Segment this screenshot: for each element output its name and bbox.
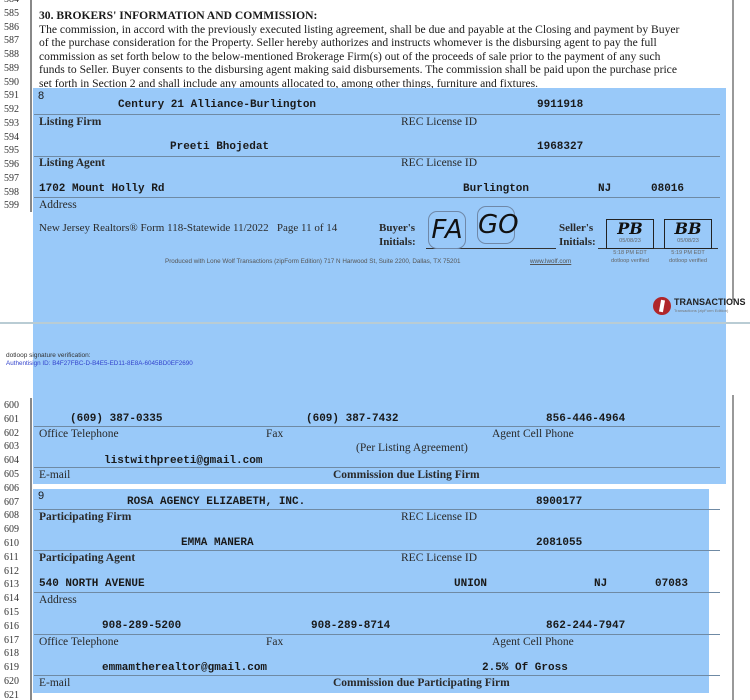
rec-license-label: REC License ID	[401, 116, 477, 128]
participating-agent-value[interactable]: EMMA MANERA	[181, 537, 254, 549]
line-number: 604	[4, 455, 26, 466]
line-number: 614	[4, 593, 26, 604]
rule	[34, 550, 720, 551]
participating-street-value[interactable]: 540 NORTH AVENUE	[39, 578, 145, 590]
fax-label: Fax	[266, 428, 283, 440]
seller-initial-text: BB	[665, 220, 711, 238]
form-info: New Jersey Realtors® Form 118-Statewide …	[39, 222, 337, 234]
auth-prefix: Authentisign	[6, 360, 41, 367]
seller-initial-time: 5:18 PM EDT	[606, 250, 654, 256]
auth-id: ID: B4F27FBC-D-B4E5-ED11-8E8A-6045BD0EF2…	[42, 360, 192, 367]
buyer-initial-fa[interactable]: FA	[428, 211, 466, 249]
agent-cell-label: Agent Cell Phone	[492, 428, 574, 440]
line-number: 594	[4, 132, 26, 143]
commission-participating-label: Commission due Participating Firm	[333, 677, 510, 689]
email-label: E-mail	[39, 677, 70, 689]
line-number: 610	[4, 538, 26, 549]
participating-zip-value[interactable]: 07083	[655, 578, 688, 590]
line-number: 588	[4, 49, 26, 60]
listing-street-value[interactable]: 1702 Mount Holly Rd	[39, 183, 164, 195]
participating-fax-value[interactable]: 908-289-8714	[311, 620, 390, 632]
line-number: 611	[4, 552, 26, 563]
line-number: 620	[4, 676, 26, 687]
listing-agent-license-value[interactable]: 1968327	[537, 141, 583, 153]
section-line: The commission, in accord with the previ…	[39, 23, 719, 37]
line-number: 591	[4, 90, 26, 101]
website-link[interactable]: www.lwolf.com	[530, 258, 571, 265]
listing-firm-license-value[interactable]: 9911918	[537, 99, 583, 111]
line-number: 621	[4, 690, 26, 700]
participating-firm-value[interactable]: ROSA AGENCY ELIZABETH, INC.	[127, 496, 305, 508]
line-number: 586	[4, 22, 26, 33]
section-line: commission as set forth below to the bel…	[39, 50, 719, 64]
line-number: 598	[4, 187, 26, 198]
listing-zip-value[interactable]: 08016	[651, 183, 684, 195]
rule	[34, 197, 720, 198]
commission-listing-label: Commission due Listing Firm	[333, 469, 480, 481]
line-number: 605	[4, 469, 26, 480]
transactions-logo-text: TRANSACTIONS	[674, 297, 746, 307]
rule	[34, 426, 720, 427]
line-number: 616	[4, 621, 26, 632]
sellers-initials-label-1: Seller's	[559, 222, 593, 234]
line-number: 584	[4, 0, 26, 5]
participating-city-value[interactable]: UNION	[454, 578, 487, 590]
page-margin-bar-bottom	[30, 398, 32, 700]
participating-email-value[interactable]: emmamtherealtor@gmail.com	[102, 662, 267, 674]
line-number: 617	[4, 635, 26, 646]
line-number: 618	[4, 648, 26, 659]
listing-cell-value[interactable]: 856-446-4964	[546, 413, 625, 425]
line-number: 600	[4, 400, 26, 411]
email-label: E-mail	[39, 469, 70, 481]
rule	[34, 634, 720, 635]
line-number: 596	[4, 159, 26, 170]
fax-label: Fax	[266, 636, 283, 648]
page-break-divider	[0, 322, 750, 324]
seller-initial-text: PB	[607, 220, 653, 238]
rec-license-label: REC License ID	[401, 511, 477, 523]
rule	[34, 592, 720, 593]
address-label: Address	[39, 594, 77, 606]
line-number: 615	[4, 607, 26, 618]
page-margin-bar-top	[30, 0, 32, 212]
agent-cell-label: Agent Cell Phone	[492, 636, 574, 648]
section-30-text: 30. BROKERS' INFORMATION AND COMMISSION:…	[39, 9, 719, 91]
line-number: 619	[4, 662, 26, 673]
listing-firm-label: Listing Firm	[39, 116, 101, 128]
seller-initial-time: 5:19 PM EDT	[664, 250, 712, 256]
address-label: Address	[39, 199, 77, 211]
line-number: 609	[4, 524, 26, 535]
line-number: 585	[4, 8, 26, 19]
rule	[34, 467, 720, 468]
page-right-edge-top	[732, 0, 734, 300]
listing-fax-value[interactable]: (609) 387-7432	[306, 413, 398, 425]
line-number: 595	[4, 145, 26, 156]
line-number: 608	[4, 510, 26, 521]
page-right-edge-bottom	[732, 395, 734, 700]
participating-firm-label: Participating Firm	[39, 511, 131, 523]
line-number: 587	[4, 35, 26, 46]
listing-firm-value[interactable]: Century 21 Alliance-Burlington	[118, 99, 316, 111]
buyer-initial-go[interactable]: GO	[477, 206, 515, 244]
line-number: 590	[4, 77, 26, 88]
line-number: 599	[4, 200, 26, 211]
line-number: 602	[4, 428, 26, 439]
buyer-initial-text: GO	[478, 210, 519, 240]
listing-commission-value[interactable]: (Per Listing Agreement)	[356, 442, 468, 454]
produced-with-text: Produced with Lone Wolf Transactions (zi…	[165, 258, 461, 265]
sellers-initials-label-2: Initials:	[559, 236, 596, 248]
line-number: 601	[4, 414, 26, 425]
line-number: 607	[4, 497, 26, 508]
office-telephone-label: Office Telephone	[39, 636, 119, 648]
line-number: 593	[4, 118, 26, 129]
listing-city-value[interactable]: Burlington	[463, 183, 529, 195]
seller-initial-verified: dotloop verified	[600, 258, 660, 264]
participating-commission-value[interactable]: 2.5% Of Gross	[482, 662, 568, 674]
rule	[34, 156, 720, 157]
buyer-initial-text: FA	[431, 215, 462, 245]
rule	[34, 114, 720, 115]
line-number: 612	[4, 566, 26, 577]
listing-email-value[interactable]: listwithpreeti@gmail.com	[104, 455, 262, 467]
rec-license-label: REC License ID	[401, 157, 477, 169]
listing-field-number: 8	[38, 90, 44, 102]
participating-field-number: 9	[38, 490, 44, 502]
participating-state-value[interactable]: NJ	[594, 578, 607, 590]
verification-title: dotloop signature verification:	[6, 352, 91, 359]
participating-agent-license-value[interactable]: 2081055	[536, 537, 582, 549]
participating-office-phone-value[interactable]: 908-289-5200	[102, 620, 181, 632]
transactions-logo-subtext: Transactions (zipForm Edition)	[674, 308, 728, 313]
participating-cell-value[interactable]: 862-244-7947	[546, 620, 625, 632]
listing-agent-value[interactable]: Preeti Bhojedat	[170, 141, 269, 153]
rule	[34, 509, 720, 510]
seller-initial-date: 05/08/23	[665, 238, 711, 244]
seller-initial-pb[interactable]: PB 05/08/23	[606, 219, 654, 249]
participating-firm-license-value[interactable]: 8900177	[536, 496, 582, 508]
line-number: 613	[4, 579, 26, 590]
line-number: 603	[4, 441, 26, 452]
section-title: 30. BROKERS' INFORMATION AND COMMISSION:	[39, 9, 719, 23]
buyers-initials-label-2: Initials:	[379, 236, 416, 248]
listing-office-phone-value[interactable]: (609) 387-0335	[70, 413, 162, 425]
section-line: funds to Seller. Buyer consents to the d…	[39, 63, 719, 77]
seller-initial-verified: dotloop verified	[658, 258, 718, 264]
listing-state-value[interactable]: NJ	[598, 183, 611, 195]
line-number: 592	[4, 104, 26, 115]
line-number: 606	[4, 483, 26, 494]
section-line: of the purchase consideration for the Pr…	[39, 36, 719, 50]
verification-auth[interactable]: Authentisign ID: B4F27FBC-D-B4E5-ED11-8E…	[6, 360, 193, 367]
office-telephone-label: Office Telephone	[39, 428, 119, 440]
line-number: 597	[4, 173, 26, 184]
buyers-initials-label-1: Buyer's	[379, 222, 415, 234]
seller-initial-date: 05/08/23	[607, 238, 653, 244]
listing-agent-label: Listing Agent	[39, 157, 105, 169]
rec-license-label: REC License ID	[401, 552, 477, 564]
seller-initial-bb[interactable]: BB 05/08/23	[664, 219, 712, 249]
rule	[34, 675, 720, 676]
line-number: 589	[4, 63, 26, 74]
participating-agent-label: Participating Agent	[39, 552, 135, 564]
